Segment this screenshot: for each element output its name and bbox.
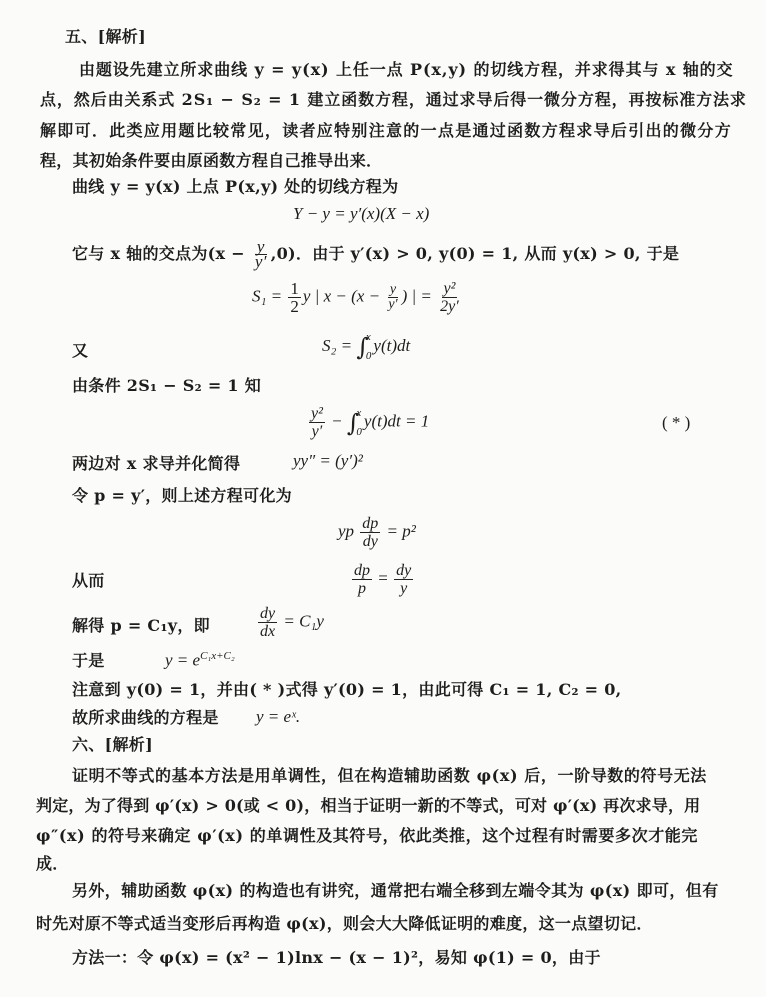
thus-equation: dpp = dyy (350, 562, 415, 597)
intersection-line: 它与 x 轴的交点为(x − yy′,0)．由于 y′(x) > 0, y(0)… (72, 240, 679, 269)
star-equation: y²y′ − ∫x0y(t)dt = 1 (307, 405, 429, 440)
tangent-equation: Y − y = y′(x)(X − x) (293, 204, 429, 224)
solve-label: 解得 p = C₁y，即 (72, 615, 210, 637)
s2-equation: S₂ = ∫x0y(t)dt (322, 332, 410, 362)
section-5-heading: 五、[解析] (65, 26, 146, 48)
method-one-line: 方法一：令 φ(x) = (x² − 1)lnx − (x − 1)²，易知 φ… (72, 947, 601, 969)
thus-label: 从而 (72, 570, 105, 592)
section-6-para1-line-3: φ″(x) 的符号来确定 φ′(x) 的单调性及其符号，依此类推，这个过程有时需… (36, 825, 698, 847)
substitution-line: 令 p = y′，则上述方程可化为 (72, 485, 292, 507)
section-5-intro-line-1: 由题设先建立所求曲线 y = y(x) 上任一点 P(x,y) 的切线方程，并求… (79, 59, 733, 81)
s1-equation: S₁ = 12y | x − (x − yy′) | = y²2y′ (252, 280, 463, 315)
yp-equation: yp dpdy = p² (338, 515, 416, 550)
fraction-y-over-yprime: yy′ (253, 240, 269, 269)
equation-tag-star: ( * ) (662, 413, 690, 433)
section-5-intro-line-3: 解即可．此类应用题比较常见，读者应特别注意的一点是通过函数方程求导后引出的微分方 (40, 120, 732, 142)
differentiate-equation: yy″ = (y′)² (293, 451, 363, 471)
section-5-intro-line-2: 点，然后由关系式 2S₁ − S₂ = 1 建立函数方程，通过求导后得一微分方程… (40, 89, 747, 111)
solve-equation: dydx = C₁y (256, 605, 324, 640)
note-line: 注意到 y(0) = 1，并由( * )式得 y′(0) = 1，由此可得 C₁… (72, 679, 622, 701)
conclusion-label: 故所求曲线的方程是 (72, 707, 219, 729)
conclusion-equation: y = eˣ. (256, 707, 300, 727)
section-6-heading: 六、[解析] (72, 734, 153, 756)
section-6-para1-line-1: 证明不等式的基本方法是用单调性，但在构造辅助函数 φ(x) 后，一阶导数的符号无… (72, 765, 707, 787)
section-6-para2-line-2: 时先对原不等式适当变形后再构造 φ(x)，则会大大降低证明的难度，这一点望切记． (36, 913, 653, 935)
section-6-para1-line-4: 成． (36, 853, 69, 875)
section-5-intro-line-4: 程，其初始条件要由原函数方程自己推导出来． (40, 150, 382, 172)
tangent-intro: 曲线 y = y(x) 上点 P(x,y) 处的切线方程为 (72, 176, 398, 198)
section-6-para2-line-1: 另外，辅助函数 φ(x) 的构造也有讲究，通常把右端全移到左端令其为 φ(x) … (72, 880, 719, 902)
then-equation: y = eC₁x+C₂ (165, 650, 235, 671)
section-6-para1-line-2: 判定，为了得到 φ′(x) > 0(或 < 0)，相当于证明一新的不等式，可对 … (36, 795, 700, 817)
also-label: 又 (72, 340, 88, 362)
condition-line: 由条件 2S₁ − S₂ = 1 知 (72, 375, 261, 397)
differentiate-label: 两边对 x 求导并化简得 (72, 453, 240, 475)
then-label: 于是 (72, 650, 105, 672)
